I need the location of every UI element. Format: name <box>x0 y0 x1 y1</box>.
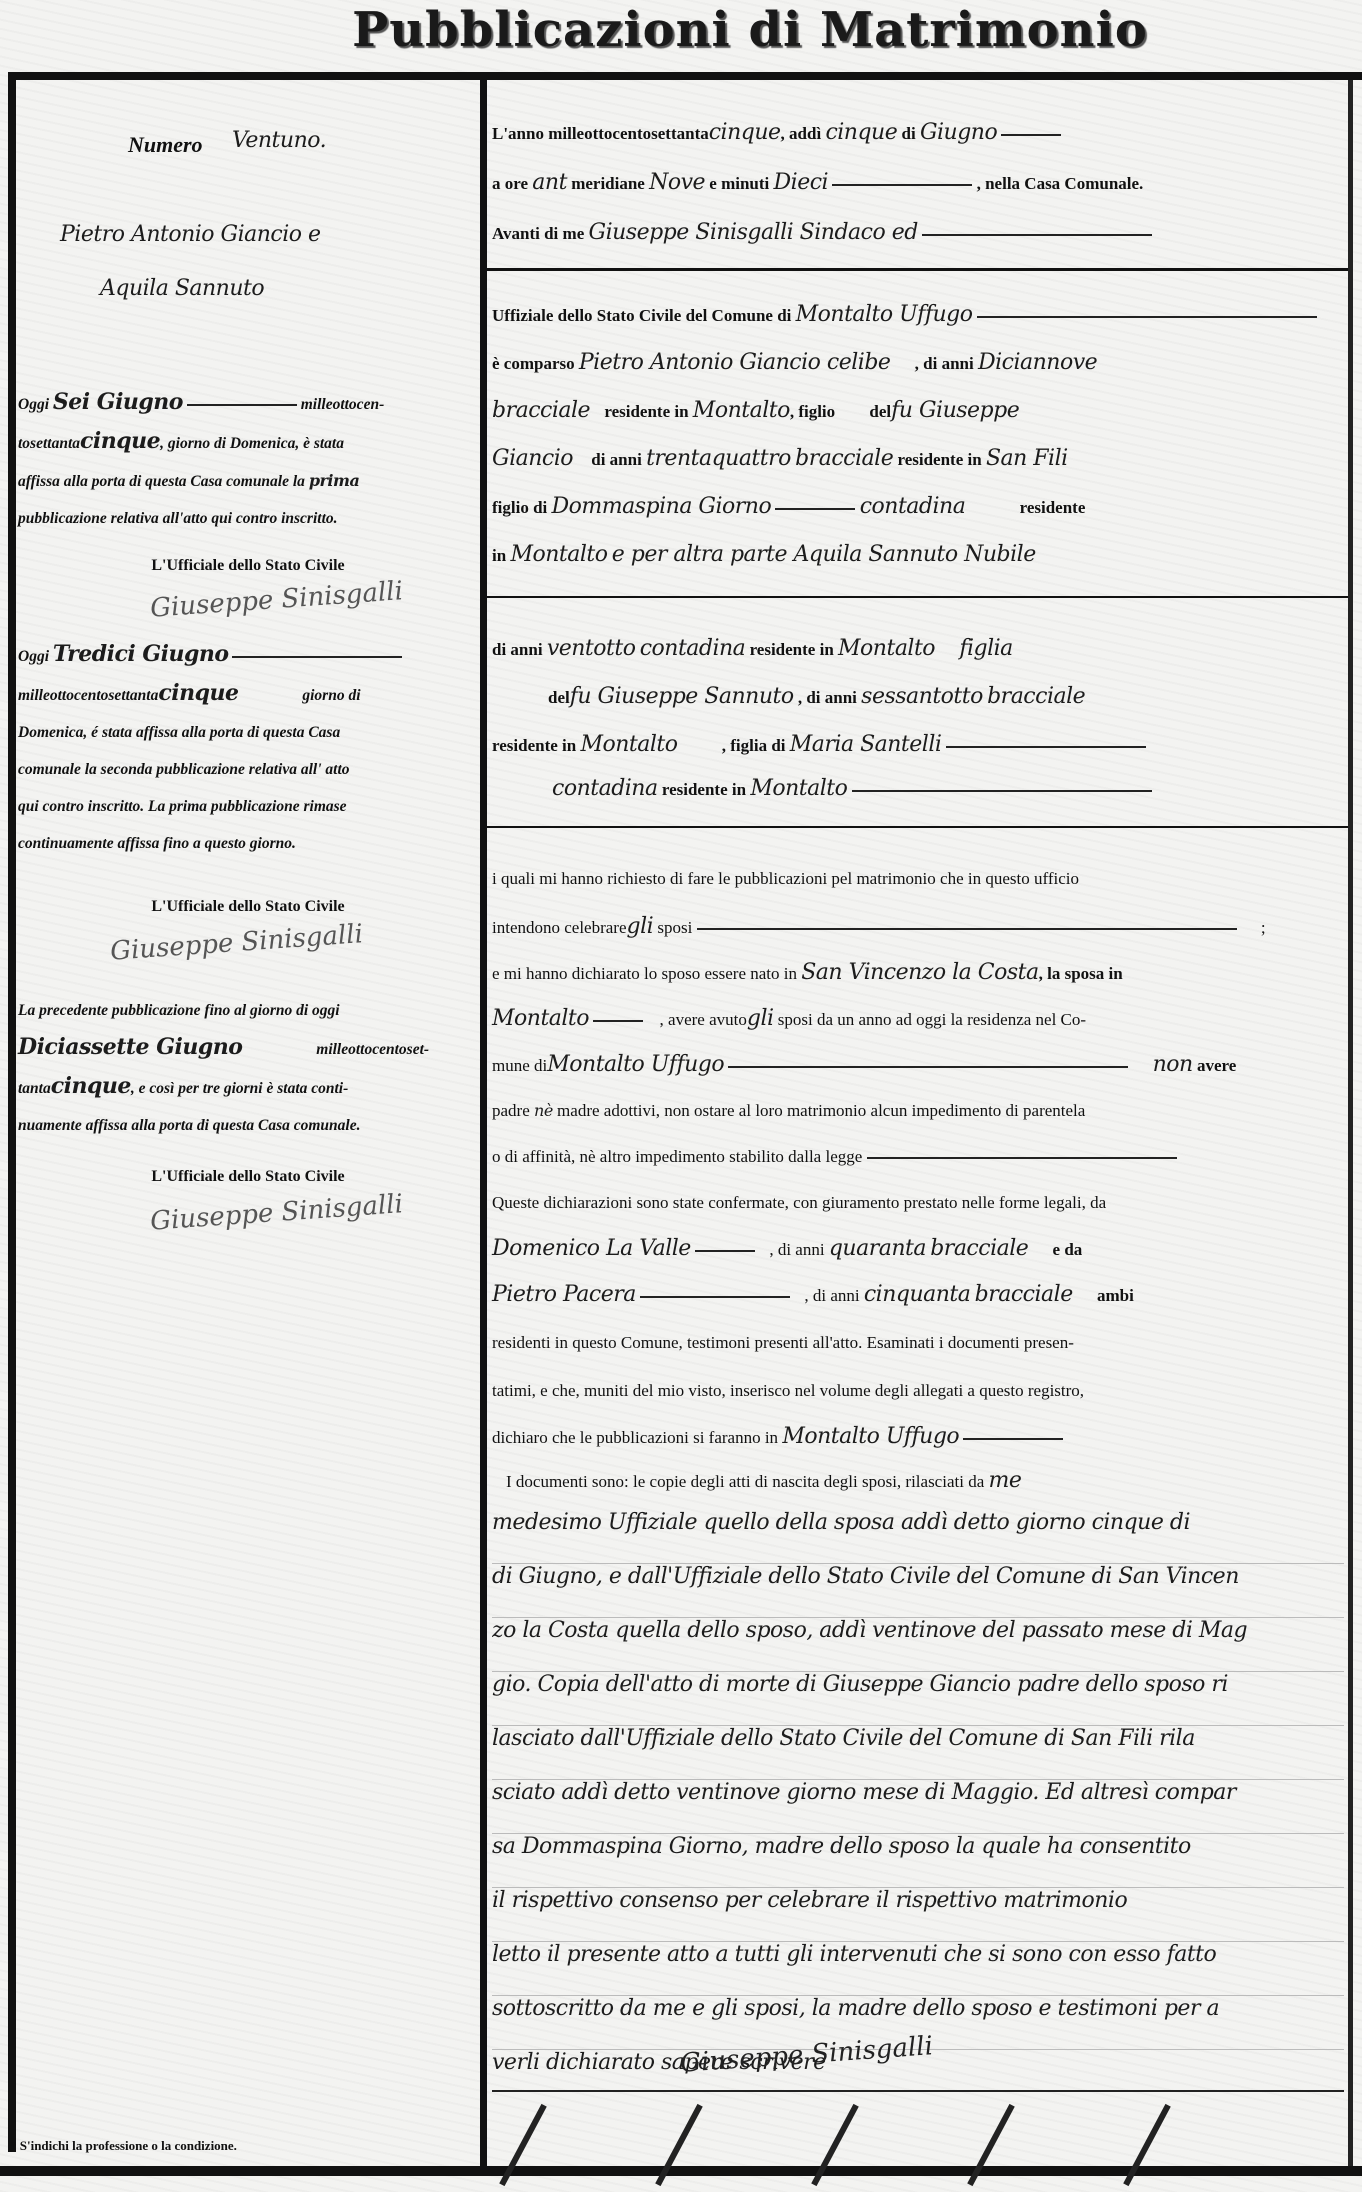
groom-line-2: è comparso Pietro Antonio Giancio celibe… <box>492 352 1344 375</box>
fill-line <box>187 404 297 406</box>
section-divider <box>487 826 1348 828</box>
spouse-name-line-2: Aquila Sannuto <box>100 276 264 301</box>
body-line-11: residenti in questo Comune, testimoni pr… <box>492 1332 1344 1354</box>
header-line-1: L'anno milleottocentosettantacinque, add… <box>492 122 1344 145</box>
official-title-1: L'Ufficiale dello Stato Civile <box>16 557 480 575</box>
cancellation-strokes <box>520 2100 1340 2160</box>
groom-line-1: Uffiziale dello Stato Civile del Comune … <box>492 304 1344 327</box>
section-divider <box>487 596 1348 598</box>
body-line-5: mune diMontalto Uffugo non avere <box>492 1054 1344 1077</box>
witness-2-line: Pietro Pacera , di anni cinquanta bracci… <box>492 1284 1344 1307</box>
official-title-2: L'Ufficiale dello Stato Civile <box>16 898 480 916</box>
bride-line-2: delfu Giuseppe Sannuto , di anni sessant… <box>492 686 1344 709</box>
note-line: sciato addì detto ventinove giorno mese … <box>492 1780 1344 1834</box>
first-pub-year: cinque <box>80 428 160 454</box>
signature-2: Giuseppe Sinisgalli <box>109 919 364 967</box>
official-title-3: L'Ufficiale dello Stato Civile <box>16 1168 480 1186</box>
bride-line-3: residente in Montalto , figlia di Maria … <box>492 734 1344 757</box>
header-line-2: a ore ant meridiane Nove e minuti Dieci … <box>492 172 1344 195</box>
body-line-3: e mi hanno dichiarato lo sposo essere na… <box>492 962 1344 985</box>
final-publication-note: La precedente pubblicazione fino al gior… <box>18 992 458 1144</box>
spouse-name-line-1: Pietro Antonio Giancio e <box>60 222 321 247</box>
handwritten-notes: medesimo Uffiziale quello della sposa ad… <box>492 1510 1344 2092</box>
second-pub-year: cinque <box>158 680 238 706</box>
final-date: Diciassette Giugno <box>18 1034 242 1060</box>
body-line-8: Queste dichiarazioni sono state conferma… <box>492 1192 1344 1214</box>
header-line-3: Avanti di me Giuseppe Sinisgalli Sindaco… <box>492 222 1344 245</box>
bride-line-4: contadina residente in Montalto <box>492 778 1344 801</box>
note-line: il rispettivo consenso per celebrare il … <box>492 1888 1344 1942</box>
signature-1: Giuseppe Sinisgalli <box>149 576 404 624</box>
body-line-13: dichiaro che le pubblicazioni si faranno… <box>492 1426 1344 1449</box>
body-line-1: i quali mi hanno richiesto di fare le pu… <box>492 868 1344 890</box>
groom-line-3: bracciale residente in Montalto, figlio … <box>492 400 1344 423</box>
document-page: Pubblicazioni di Matrimonio Numero Ventu… <box>0 0 1362 2192</box>
body-line-7: o di affinità, nè altro impedimento stab… <box>492 1146 1344 1168</box>
numero-value: Ventuno. <box>232 128 326 153</box>
first-publication: Oggi Sei Giugno milleottocen- tosettanta… <box>18 384 458 537</box>
frame-border-right <box>1348 80 1353 2170</box>
groom-line-4: Giancio di anni trentaquattro bracciale … <box>492 448 1344 471</box>
signature-3: Giuseppe Sinisgalli <box>149 1189 404 1237</box>
body-line-4: Montalto , avere avutogli sposi da un an… <box>492 1008 1344 1031</box>
witness-1-line: Domenico La Valle , di anni quaranta bra… <box>492 1238 1344 1261</box>
note-line: sa Dommaspina Giorno, madre dello sposo … <box>492 1834 1344 1888</box>
frame-border-left <box>8 72 16 2152</box>
footnote: * S'indichi la professione o la condizio… <box>10 2138 237 2154</box>
frame-border-bottom <box>0 2166 1362 2176</box>
body-line-12: tatimi, e che, muniti del mio visto, ins… <box>492 1380 1344 1402</box>
note-line: gio. Copia dell'atto di morte di Giusepp… <box>492 1672 1344 1726</box>
section-divider <box>487 268 1348 271</box>
second-pub-date: Tredici Giugno <box>53 641 229 667</box>
second-publication: Oggi Tredici Giugno milleottocentosettan… <box>18 636 458 862</box>
groom-line-5: figlio di Dommaspina Giorno contadina re… <box>492 496 1344 519</box>
note-line: letto il presente atto a tutti gli inter… <box>492 1942 1344 1996</box>
bride-line-1: di anni ventotto contadina residente in … <box>492 638 1344 661</box>
note-line: medesimo Uffiziale quello della sposa ad… <box>492 1510 1344 1564</box>
frame-border-top <box>8 72 1362 80</box>
document-title: Pubblicazioni di Matrimonio <box>300 2 1200 58</box>
numero-label: Numero <box>128 132 203 158</box>
body-line-6: padre nè madre adottivi, non ostare al l… <box>492 1100 1344 1122</box>
body-line-14: I documenti sono: le copie degli atti di… <box>492 1470 1344 1493</box>
first-pub-date: Sei Giugno <box>53 389 183 415</box>
column-divider <box>480 80 487 2170</box>
note-line: zo la Costa quella dello sposo, addì ven… <box>492 1618 1344 1672</box>
note-line: di Giugno, e dall'Uffiziale dello Stato … <box>492 1564 1344 1618</box>
oggi-label: Oggi <box>18 396 49 413</box>
groom-line-6: in Montalto e per altra parte Aquila San… <box>492 544 1344 567</box>
body-line-2: intendono celebraregli sposi ; <box>492 916 1344 939</box>
note-line: lasciato dall'Uffiziale dello Stato Civi… <box>492 1726 1344 1780</box>
